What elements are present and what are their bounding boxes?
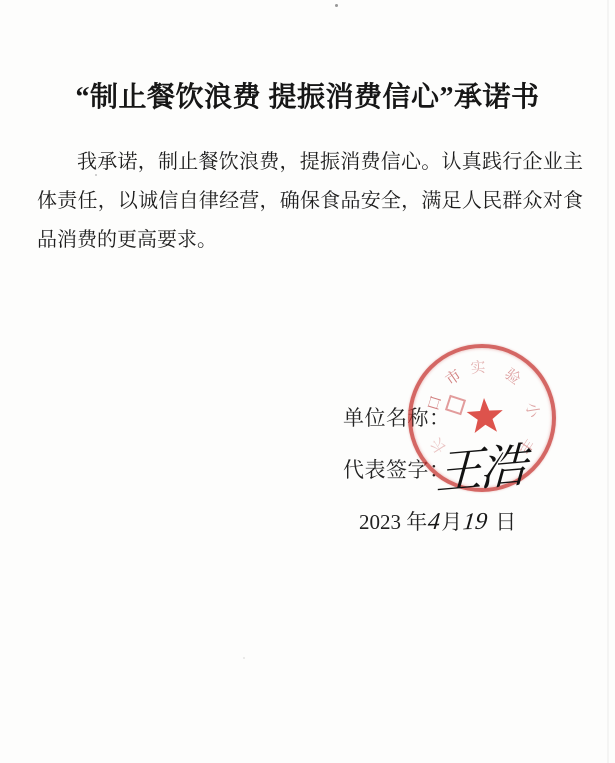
document-title: “制止餐饮浪费 提振消费信心”承诺书 [0,75,615,115]
date-line: 2023 年4月19日 [359,506,516,536]
scan-speck [243,657,245,659]
date-day-label: 日 [495,510,516,534]
representative-signature-label: 代表签字： [343,454,451,484]
seal-ring-char: 小 [521,401,544,419]
date-month-label: 月 [441,510,462,534]
document-page: “制止餐饮浪费 提振消费信心”承诺书 我承诺，制止餐饮浪费，提振消费信心。认真践… [0,0,615,763]
seal-ring-char: 市 [441,364,465,390]
scan-speck [95,174,97,176]
body-paragraph: 我承诺，制止餐饮浪费，提振消费信心。认真践行企业主体责任，以诚信自律经营，确保食… [37,143,583,260]
star-shape [466,397,504,433]
representative-signature-handwritten: 王浩 [435,428,525,503]
seal-ring-char: 实 [470,356,487,378]
date-month-handwritten: 4 [427,509,442,536]
date-year-printed: 2023 年 [359,510,427,534]
unit-name-label: 单位名称： [343,402,451,432]
date-day-handwritten: 19 [462,509,489,537]
seal-ring-char: 验 [501,363,526,389]
scan-speck [335,4,338,7]
